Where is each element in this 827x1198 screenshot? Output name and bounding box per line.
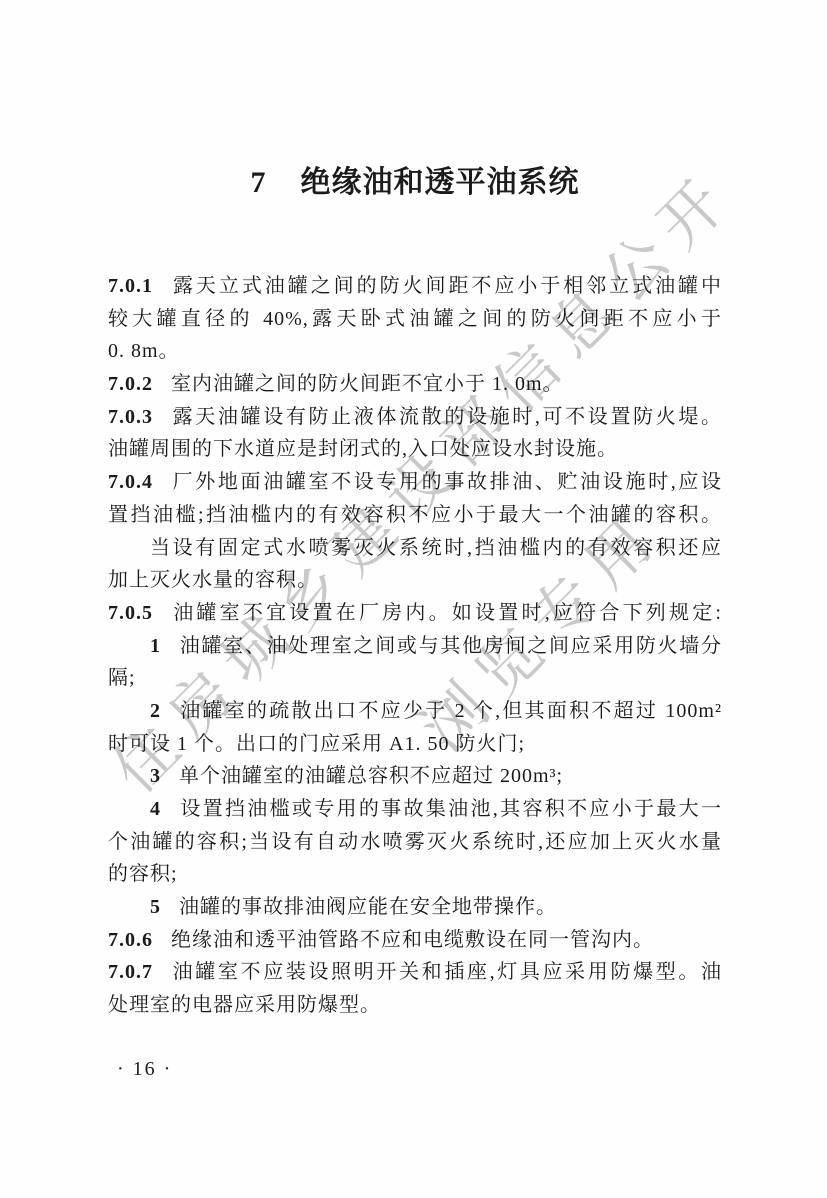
text-line: 7.0.6绝缘油和透平油管路不应和电缆敷设在同一管沟内。 bbox=[108, 924, 722, 957]
body-text: 7.0.1露天立式油罐之间的防火间距不应小于相邻立式油罐中 较大罐直径的 40%… bbox=[108, 270, 722, 1022]
section-title-text: 绝缘油和透平油系统 bbox=[301, 166, 580, 199]
clause-label: 7.0.7 bbox=[108, 961, 153, 983]
line-text: 隔; bbox=[108, 667, 136, 689]
text-line: 4设置挡油槛或专用的事故集油池,其容积不应小于最大一 bbox=[108, 793, 722, 826]
section-title: 7绝缘油和透平油系统 bbox=[108, 162, 722, 204]
text-line: 5油罐的事故排油阀应能在安全地带操作。 bbox=[108, 891, 722, 924]
text-line: 7.0.5油罐室不宜设置在厂房内。如设置时,应符合下列规定: bbox=[108, 597, 722, 630]
text-line: 的容积; bbox=[108, 858, 722, 891]
line-text: 油罐室、油处理室之间或与其他房间之间应采用防火墙分 bbox=[179, 635, 722, 657]
page-content: 7绝缘油和透平油系统 7.0.1露天立式油罐之间的防火间距不应小于相邻立式油罐中… bbox=[108, 0, 722, 1022]
line-text: 露天油罐设有防止液体流散的设施时,可不设置防火堤。 bbox=[171, 406, 722, 428]
text-line: 7.0.3露天油罐设有防止液体流散的设施时,可不设置防火堤。 bbox=[108, 401, 722, 434]
line-text: 当设有固定式水喷雾灭火系统时,挡油槛内的有效容积还应 bbox=[150, 537, 722, 559]
line-text: 个油罐的容积;当设有自动水喷雾灭火系统时,还应加上灭火水量 bbox=[108, 831, 722, 853]
item-number: 3 bbox=[150, 765, 161, 787]
text-line: 时可设 1 个。出口的门应采用 A1. 50 防火门; bbox=[108, 728, 722, 761]
page-number: · 16 · bbox=[117, 1058, 172, 1081]
text-line: 7.0.1露天立式油罐之间的防火间距不应小于相邻立式油罐中 bbox=[108, 270, 722, 303]
text-line: 油罐周围的下水道应是封闭式的,入口处应设水封设施。 bbox=[108, 433, 722, 466]
text-line: 7.0.4厂外地面油罐室不设专用的事故排油、贮油设施时,应设 bbox=[108, 466, 722, 499]
line-text: 油罐的事故排油阀应能在安全地带操作。 bbox=[179, 896, 557, 918]
line-text: 油罐周围的下水道应是封闭式的,入口处应设水封设施。 bbox=[108, 438, 618, 460]
line-text: 油罐室不应装设照明开关和插座,灯具应采用防爆型。油 bbox=[171, 961, 722, 983]
line-text: 室内油罐之间的防火间距不宜小于 1. 0m。 bbox=[171, 373, 564, 395]
line-text: 油罐室不宜设置在厂房内。如设置时,应符合下列规定: bbox=[171, 602, 722, 624]
line-text: 时可设 1 个。出口的门应采用 A1. 50 防火门; bbox=[108, 733, 525, 755]
text-line: 7.0.2室内油罐之间的防火间距不宜小于 1. 0m。 bbox=[108, 368, 722, 401]
text-line: 当设有固定式水喷雾灭火系统时,挡油槛内的有效容积还应 bbox=[108, 532, 722, 565]
line-text: 的容积; bbox=[108, 863, 178, 885]
text-line: 个油罐的容积;当设有自动水喷雾灭火系统时,还应加上灭火水量 bbox=[108, 826, 722, 859]
section-number: 7 bbox=[251, 166, 267, 199]
text-line: 隔; bbox=[108, 662, 722, 695]
document-page: 住房城乡建设部信息公开 浏览专用 7绝缘油和透平油系统 7.0.1露天立式油罐之… bbox=[0, 0, 827, 1198]
item-number: 1 bbox=[150, 635, 161, 657]
line-text: 设置挡油槛或专用的事故集油池,其容积不应小于最大一 bbox=[179, 798, 722, 820]
line-text: 绝缘油和透平油管路不应和电缆敷设在同一管沟内。 bbox=[171, 929, 654, 951]
text-line: 0. 8m。 bbox=[108, 335, 722, 368]
clause-label: 7.0.5 bbox=[108, 602, 153, 624]
text-line: 3单个油罐室的油罐总容积不应超过 200m³; bbox=[108, 760, 722, 793]
line-text: 露天立式油罐之间的防火间距不应小于相邻立式油罐中 bbox=[171, 275, 722, 297]
line-text: 处理室的电器应采用防爆型。 bbox=[108, 994, 381, 1016]
line-text: 加上灭火水量的容积。 bbox=[108, 569, 318, 591]
text-line: 处理室的电器应采用防爆型。 bbox=[108, 989, 722, 1022]
line-text: 厂外地面油罐室不设专用的事故排油、贮油设施时,应设 bbox=[171, 471, 722, 493]
clause-label: 7.0.4 bbox=[108, 471, 153, 493]
text-line: 加上灭火水量的容积。 bbox=[108, 564, 722, 597]
item-number: 5 bbox=[150, 896, 161, 918]
text-line: 较大罐直径的 40%,露天卧式油罐之间的防火间距不应小于 bbox=[108, 303, 722, 336]
text-line: 2油罐室的疏散出口不应少于 2 个,但其面积不超过 100m² bbox=[108, 695, 722, 728]
text-line: 7.0.7油罐室不应装设照明开关和插座,灯具应采用防爆型。油 bbox=[108, 956, 722, 989]
clause-label: 7.0.6 bbox=[108, 929, 153, 951]
clause-label: 7.0.1 bbox=[108, 275, 153, 297]
clause-label: 7.0.3 bbox=[108, 406, 153, 428]
item-number: 4 bbox=[150, 798, 161, 820]
text-line: 1油罐室、油处理室之间或与其他房间之间应采用防火墙分 bbox=[108, 630, 722, 663]
line-text: 油罐室的疏散出口不应少于 2 个,但其面积不超过 100m² bbox=[179, 700, 722, 722]
line-text: 0. 8m。 bbox=[108, 340, 180, 362]
line-text: 置挡油槛;挡油槛内的有效容积不应小于最大一个油罐的容积。 bbox=[108, 504, 722, 526]
text-line: 置挡油槛;挡油槛内的有效容积不应小于最大一个油罐的容积。 bbox=[108, 499, 722, 532]
line-text: 较大罐直径的 40%,露天卧式油罐之间的防火间距不应小于 bbox=[108, 308, 722, 330]
line-text: 单个油罐室的油罐总容积不应超过 200m³; bbox=[179, 765, 563, 787]
item-number: 2 bbox=[150, 700, 161, 722]
clause-label: 7.0.2 bbox=[108, 373, 153, 395]
